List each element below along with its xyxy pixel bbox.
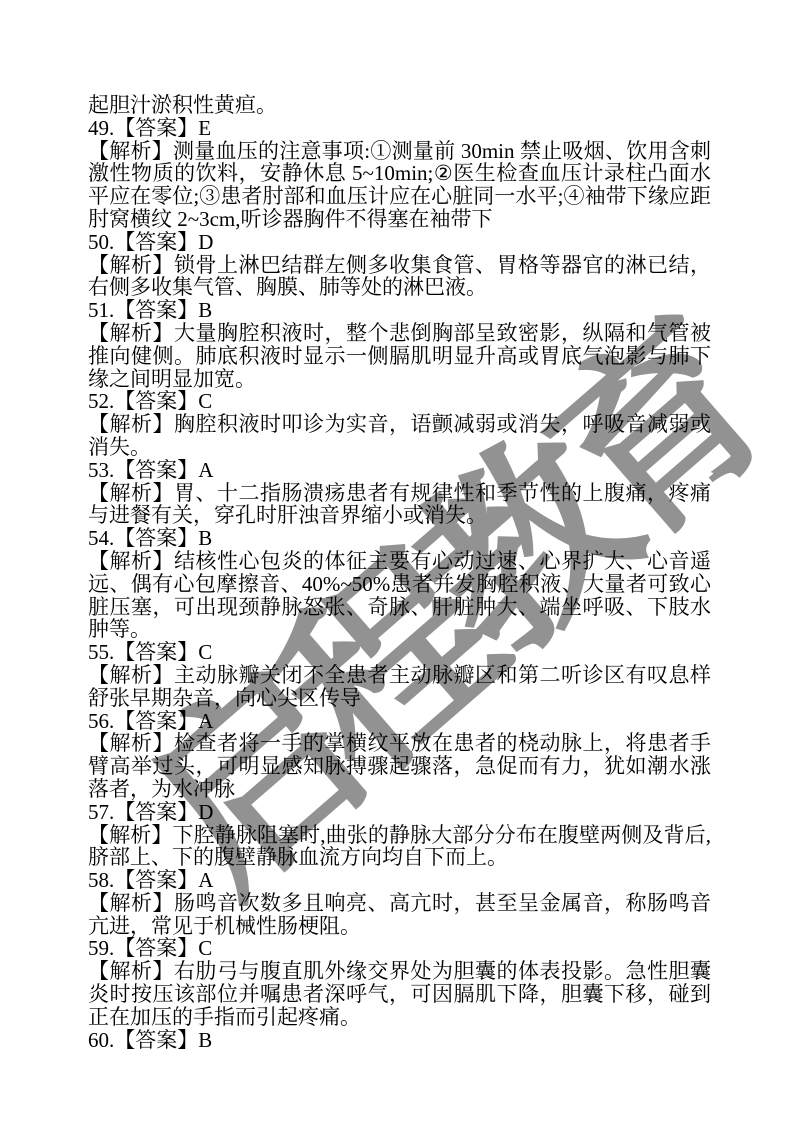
- analysis-label: 【解析】: [88, 823, 172, 847]
- question-number: 59.: [88, 936, 114, 960]
- answer-letter: E: [198, 116, 211, 140]
- answer-label: 【答案】: [114, 526, 198, 550]
- analysis-paragraph: 【解析】检查者将一手的掌横纹平放在患者的桡动脉上，将患者手臂高举过头，可明显感知…: [88, 732, 711, 800]
- analysis-paragraph: 【解析】肠鸣音次数多且响亮、高亢时，甚至呈金属音，称肠鸣音亢进，常见于机械性肠梗…: [88, 892, 711, 938]
- analysis-paragraph: 【解析】大量胸腔积液时，整个悲倒胸部呈致密影，纵隔和气管被推向健侧。肺底积液时显…: [88, 322, 711, 390]
- question-number: 53.: [88, 458, 114, 482]
- question-number: 55.: [88, 640, 114, 664]
- answer-entry: 60.【答案】B: [88, 1029, 711, 1052]
- analysis-paragraph: 【解析】测量血压的注意事项:①测量前 30min 禁止吸烟、饮用含刺激性物质的饮…: [88, 140, 711, 231]
- answer-line: 56.【答案】A: [88, 710, 711, 733]
- answer-label: 【答案】: [114, 800, 198, 824]
- answer-label: 【答案】: [114, 389, 198, 413]
- analysis-body: 胸腔积液时叩诊为实音，语颤减弱或消失，呼吸音减弱或消失。: [88, 412, 711, 459]
- answer-entry: 54.【答案】B 【解析】结核性心包炎的体征主要有心动过速、心界扩大、心音遥远、…: [88, 527, 711, 641]
- analysis-label: 【解析】: [88, 139, 173, 163]
- analysis-body: 主动脉瓣关闭不全患者主动脉瓣区和第二听诊区有叹息样舒张早期杂音，向心尖区传导: [88, 663, 711, 710]
- analysis-paragraph: 【解析】下腔静脉阻塞时,曲张的静脉大部分分布在腹壁两侧及背后,脐部上、下的腹壁静…: [88, 824, 711, 870]
- answer-label: 【答案】: [114, 116, 198, 140]
- answer-letter: D: [198, 230, 213, 254]
- answer-entry: 52.【答案】C 【解析】胸腔积液时叩诊为实音，语颤减弱或消失，呼吸音减弱或消失…: [88, 390, 711, 458]
- analysis-paragraph: 【解析】右肋弓与腹直肌外缘交界处为胆囊的体表投影。急性胆囊炎时按压该部位并嘱患者…: [88, 960, 711, 1028]
- answer-letter: B: [198, 298, 212, 322]
- document-page: 启程教育 起胆汁淤积性黄疸。 49.【答案】E 【解析】测量血压的注意事项:①测…: [0, 0, 794, 1123]
- analysis-body: 测量血压的注意事项:①测量前 30min 禁止吸烟、饮用含刺激性物质的饮料，安静…: [88, 139, 711, 231]
- answer-entry: 57.【答案】D 【解析】下腔静脉阻塞时,曲张的静脉大部分分布在腹壁两侧及背后,…: [88, 801, 711, 869]
- answer-line: 53.【答案】A: [88, 459, 711, 482]
- analysis-label: 【解析】: [88, 663, 174, 687]
- answer-line: 50.【答案】D: [88, 231, 711, 254]
- analysis-paragraph: 【解析】锁骨上淋巴结群左侧多收集食管、胃格等器官的淋已结，右侧多收集气管、胸膜、…: [88, 254, 711, 300]
- answer-entry: 56.【答案】A 【解析】检查者将一手的掌横纹平放在患者的桡动脉上，将患者手臂高…: [88, 710, 711, 801]
- analysis-label: 【解析】: [88, 253, 174, 277]
- answer-line: 59.【答案】C: [88, 937, 711, 960]
- answer-letter: C: [198, 640, 212, 664]
- analysis-body: 大量胸腔积液时，整个悲倒胸部呈致密影，纵隔和气管被推向健侧。肺底积液时显示一侧膈…: [88, 321, 711, 391]
- question-number: 56.: [88, 709, 114, 733]
- answer-line: 51.【答案】B: [88, 299, 711, 322]
- analysis-body: 结核性心包炎的体征主要有心动过速、心界扩大、心音遥远、偶有心包摩擦音、40%~5…: [88, 549, 711, 641]
- analysis-label: 【解析】: [88, 321, 174, 345]
- analysis-body: 锁骨上淋巴结群左侧多收集食管、胃格等器官的淋已结，右侧多收集气管、胸膜、肺等处的…: [88, 253, 711, 300]
- answer-entry: 58.【答案】A 【解析】肠鸣音次数多且响亮、高亢时，甚至呈金属音，称肠鸣音亢进…: [88, 869, 711, 937]
- answer-letter: C: [198, 389, 212, 413]
- analysis-label: 【解析】: [88, 412, 174, 436]
- answer-entry: 51.【答案】B 【解析】大量胸腔积液时，整个悲倒胸部呈致密影，纵隔和气管被推向…: [88, 299, 711, 390]
- answer-letter: A: [198, 709, 213, 733]
- answer-line: 52.【答案】C: [88, 390, 711, 413]
- answer-entry: 50.【答案】D 【解析】锁骨上淋巴结群左侧多收集食管、胃格等器官的淋已结，右侧…: [88, 231, 711, 299]
- answer-key-content: 起胆汁淤积性黄疸。 49.【答案】E 【解析】测量血压的注意事项:①测量前 30…: [88, 94, 711, 1051]
- analysis-paragraph: 【解析】结核性心包炎的体征主要有心动过速、心界扩大、心音遥远、偶有心包摩擦音、4…: [88, 550, 711, 641]
- question-number: 60.: [88, 1028, 114, 1052]
- answer-letter: A: [198, 868, 213, 892]
- answer-label: 【答案】: [114, 458, 198, 482]
- answer-letter: B: [198, 526, 212, 550]
- answer-line: 54.【答案】B: [88, 527, 711, 550]
- analysis-label: 【解析】: [88, 731, 174, 755]
- answer-label: 【答案】: [114, 709, 198, 733]
- analysis-label: 【解析】: [88, 549, 174, 573]
- analysis-paragraph: 【解析】胃、十二指肠溃疡患者有规律性和季节性的上腹痛，疼痛与进餐有关，穿孔时肝浊…: [88, 482, 711, 528]
- answer-label: 【答案】: [114, 230, 198, 254]
- analysis-label: 【解析】: [88, 481, 174, 505]
- question-number: 54.: [88, 526, 114, 550]
- analysis-paragraph: 【解析】胸腔积液时叩诊为实音，语颤减弱或消失，呼吸音减弱或消失。: [88, 413, 711, 459]
- answer-label: 【答案】: [114, 298, 198, 322]
- entries: 49.【答案】E 【解析】测量血压的注意事项:①测量前 30min 禁止吸烟、饮…: [88, 117, 711, 1052]
- answer-entry: 59.【答案】C 【解析】右肋弓与腹直肌外缘交界处为胆囊的体表投影。急性胆囊炎时…: [88, 937, 711, 1028]
- question-number: 58.: [88, 868, 114, 892]
- question-number: 49.: [88, 116, 114, 140]
- question-number: 51.: [88, 298, 114, 322]
- answer-letter: C: [198, 936, 212, 960]
- question-number: 57.: [88, 800, 114, 824]
- analysis-body: 右肋弓与腹直肌外缘交界处为胆囊的体表投影。急性胆囊炎时按压该部位并嘱患者深呼气，…: [88, 959, 711, 1029]
- analysis-label: 【解析】: [88, 891, 174, 915]
- analysis-body: 肠鸣音次数多且响亮、高亢时，甚至呈金属音，称肠鸣音亢进，常见于机械性肠梗阻。: [88, 891, 711, 938]
- answer-label: 【答案】: [114, 640, 198, 664]
- answer-label: 【答案】: [114, 1028, 198, 1052]
- question-number: 50.: [88, 230, 114, 254]
- answer-label: 【答案】: [114, 936, 198, 960]
- answer-entry: 53.【答案】A 【解析】胃、十二指肠溃疡患者有规律性和季节性的上腹痛，疼痛与进…: [88, 459, 711, 527]
- answer-letter: D: [198, 800, 213, 824]
- analysis-paragraph: 【解析】主动脉瓣关闭不全患者主动脉瓣区和第二听诊区有叹息样舒张早期杂音，向心尖区…: [88, 664, 711, 710]
- question-number: 52.: [88, 389, 114, 413]
- answer-line: 55.【答案】C: [88, 641, 711, 664]
- answer-letter: B: [198, 1028, 212, 1052]
- analysis-label: 【解析】: [88, 959, 174, 983]
- analysis-body: 检查者将一手的掌横纹平放在患者的桡动脉上，将患者手臂高举过头，可明显感知脉搏骤起…: [88, 731, 711, 801]
- answer-label: 【答案】: [114, 868, 198, 892]
- answer-line: 60.【答案】B: [88, 1029, 711, 1052]
- answer-entry: 49.【答案】E 【解析】测量血压的注意事项:①测量前 30min 禁止吸烟、饮…: [88, 117, 711, 231]
- answer-line: 57.【答案】D: [88, 801, 711, 824]
- analysis-body: 胃、十二指肠溃疡患者有规律性和季节性的上腹痛，疼痛与进餐有关，穿孔时肝浊音界缩小…: [88, 481, 711, 528]
- continuation-line: 起胆汁淤积性黄疸。: [88, 94, 711, 117]
- answer-line: 58.【答案】A: [88, 869, 711, 892]
- answer-entry: 55.【答案】C 【解析】主动脉瓣关闭不全患者主动脉瓣区和第二听诊区有叹息样舒张…: [88, 641, 711, 709]
- answer-letter: A: [198, 458, 213, 482]
- answer-line: 49.【答案】E: [88, 117, 711, 140]
- analysis-body: 下腔静脉阻塞时,曲张的静脉大部分分布在腹壁两侧及背后,脐部上、下的腹壁静脉血流方…: [88, 823, 711, 870]
